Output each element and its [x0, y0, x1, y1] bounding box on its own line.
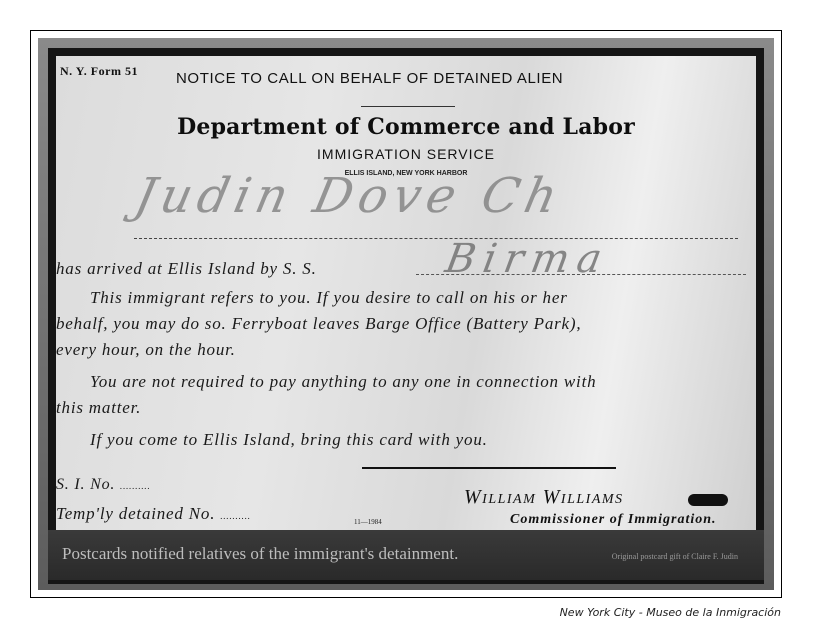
form-number: N. Y. Form 51	[60, 64, 138, 79]
handwritten-name: Judin Dove Ch	[130, 168, 568, 224]
exhibit-caption-band: Postcards notified relatives of the immi…	[48, 530, 764, 580]
paragraph-2-line-1: You are not required to pay anything to …	[90, 372, 756, 392]
signature: William Williams	[464, 486, 624, 509]
photograph: N. Y. Form 51 NOTICE TO CALL ON BEHALF O…	[38, 38, 774, 590]
paragraph-1-line-3: every hour, on the hour.	[56, 340, 756, 360]
handwritten-ship: Birma	[442, 236, 613, 282]
detained-dots: ..........	[220, 511, 251, 521]
paragraph-3-prefix: If you come to Ellis Island,	[90, 430, 296, 449]
postcard: N. Y. Form 51 NOTICE TO CALL ON BEHALF O…	[56, 56, 756, 530]
detained-label: Temp'ly detained No.	[56, 504, 215, 523]
si-label: S. I. No.	[56, 476, 115, 493]
paragraph-3: If you come to Ellis Island, bring this …	[90, 430, 756, 450]
exhibit-credit: Original postcard gift of Claire F. Judi…	[612, 552, 738, 561]
service-heading: IMMIGRATION SERVICE	[56, 146, 756, 162]
signature-title: Commissioner of Immigration.	[510, 512, 717, 528]
paragraph-2-line-2: this matter.	[56, 398, 756, 418]
print-code: 11—1984	[354, 518, 382, 526]
si-dots: ..........	[120, 481, 151, 491]
si-number-field: S. I. No. ..........	[56, 476, 756, 494]
paragraph-1-line-2: behalf, you may do so. Ferryboat leaves …	[56, 314, 756, 334]
department-heading: Department of Commerce and Labor	[56, 114, 756, 140]
arrival-line: has arrived at Ellis Island by S. S.	[56, 259, 756, 279]
paragraph-3-emphasis: bring this card with you.	[301, 430, 488, 449]
emphasis-underline	[362, 467, 616, 469]
photo-caption: New York City - Museo de la Inmigración	[560, 606, 781, 619]
divider	[361, 106, 455, 107]
exhibit-caption: Postcards notified relatives of the immi…	[62, 544, 458, 564]
name-dotted-line	[134, 238, 738, 239]
ink-blot	[688, 494, 728, 506]
paragraph-1-line-1: This immigrant refers to you. If you des…	[90, 288, 756, 308]
notice-title: NOTICE TO CALL ON BEHALF OF DETAINED ALI…	[176, 70, 563, 87]
